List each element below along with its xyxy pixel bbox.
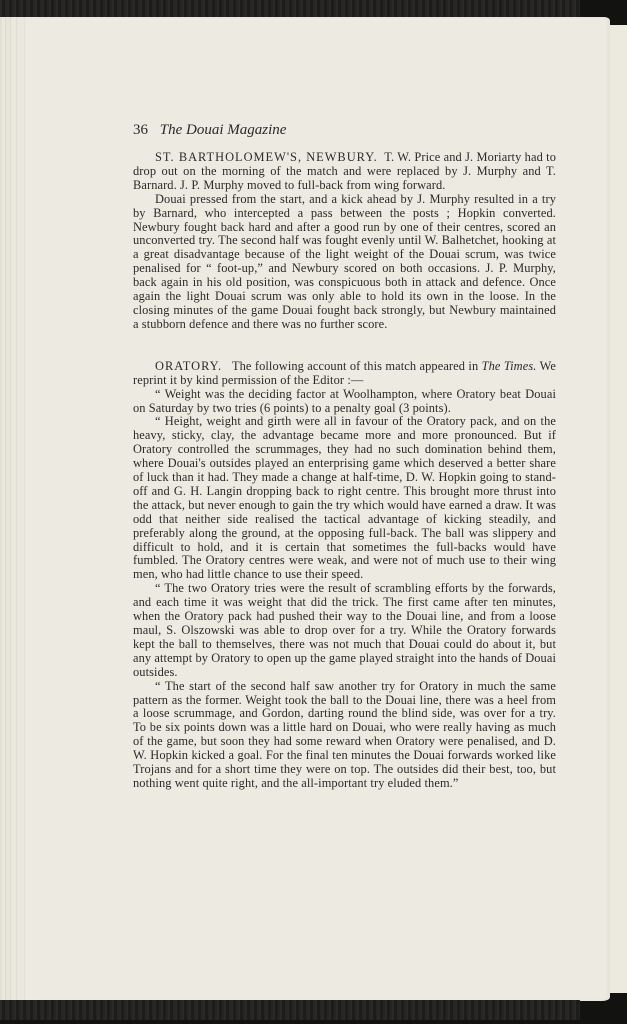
page-stack-edges <box>0 17 36 1001</box>
scan-bottom-border <box>0 1000 580 1020</box>
section-divider <box>133 332 556 360</box>
oratory-paragraph-1: “ Weight was the deciding factor at Wool… <box>133 388 556 416</box>
oratory-heading: ORATORY. <box>155 359 222 373</box>
page-number: 36 <box>133 122 148 138</box>
scanned-page: 36 The Douai Magazine ST. BARTHOLOMEW'S,… <box>0 0 627 1024</box>
oratory-paragraph-3: “ The two Oratory tries were the result … <box>133 582 556 679</box>
oratory-intro-text-a: The following account of this match appe… <box>232 359 478 373</box>
page-content: 36 The Douai Magazine ST. BARTHOLOMEW'S,… <box>133 121 556 791</box>
oratory-paragraph-2: “ Height, weight and girth were all in f… <box>133 415 556 582</box>
oratory-paragraph-4: “ The start of the second half saw anoth… <box>133 680 556 791</box>
section-oratory: ORATORY. The following account of this m… <box>133 360 556 791</box>
newbury-paragraph-2: Douai pressed from the start, and a kick… <box>133 193 556 332</box>
magazine-title: The Douai Magazine <box>160 122 287 138</box>
oratory-source: The Times. <box>482 359 537 373</box>
oratory-intro: ORATORY. The following account of this m… <box>133 360 556 388</box>
next-page-edge <box>608 25 627 993</box>
running-head: 36 The Douai Magazine <box>133 121 556 139</box>
newbury-heading: ST. BARTHOLOMEW'S, NEWBURY. <box>155 150 378 164</box>
section-newbury: ST. BARTHOLOMEW'S, NEWBURY. T. W. Price … <box>133 151 556 332</box>
newbury-paragraph-1: ST. BARTHOLOMEW'S, NEWBURY. T. W. Price … <box>133 151 556 193</box>
scan-top-border <box>0 0 580 18</box>
